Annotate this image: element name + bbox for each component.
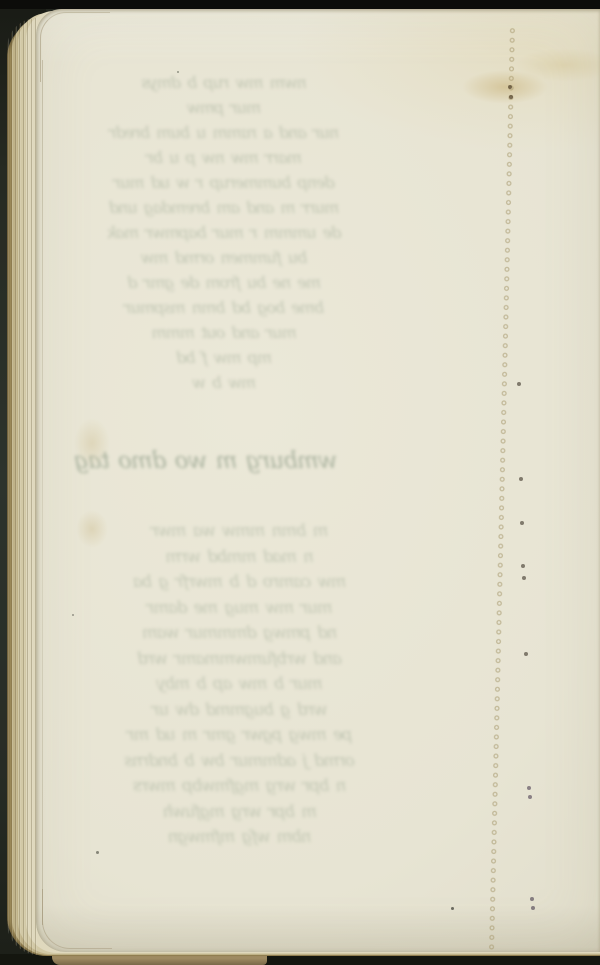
page-corner-line-bottom <box>42 889 112 949</box>
ghost-line: n bpr wrg mgfmwbp mwrs <box>56 773 424 799</box>
ghost-line: denp bummerup r w ud mur <box>72 170 377 195</box>
photo-frame-top <box>0 0 600 9</box>
ghost-line: nbm wfg mfmwgn <box>56 824 424 850</box>
paper-speck <box>96 851 99 854</box>
ghost-line: n mad mmbd wrm <box>56 544 424 570</box>
perforation-ink-dot <box>520 521 524 525</box>
ghost-line: wrd g bugmmd dw ur <box>56 697 424 723</box>
ghost-line: and wrbfumwmmamr wrd <box>56 646 424 672</box>
page-edge-striations <box>7 18 39 955</box>
ghost-line: ormd j admmur bw b bndrns <box>56 748 424 774</box>
bleed-through-heading: wmburg m wo dmo tag <box>75 446 360 476</box>
ghost-line: nwm mw rup b dmys <box>72 70 377 95</box>
notebook-photo: nwm mw rup b dmysmur pmwnur and a ramm u… <box>0 0 600 965</box>
perforation-ink-dot <box>517 382 521 386</box>
ghost-line: mur pmw <box>72 95 377 120</box>
perforation-ink-dot <box>522 576 526 580</box>
perforation-ink-dot <box>530 897 534 901</box>
ghost-line: bme bog bd bmn mspmur <box>72 295 377 320</box>
perforation-ink-dot <box>519 477 523 481</box>
ghost-line: mp mw f bd <box>72 345 377 370</box>
ghost-line: mw b w <box>72 370 377 395</box>
perforation-ink-dot <box>527 786 531 790</box>
ghost-line: murr m and am bremdag und <box>72 195 377 220</box>
ghost-line: bu fummen ormd mw <box>72 245 377 270</box>
ghost-line: m bpr wrg mgfuwh <box>56 799 424 825</box>
ghost-line: m bmn mmw wa mwr <box>56 518 424 544</box>
ghost-line: de ummm r mur bapmwr mak <box>72 220 377 245</box>
ghost-line: pe mwg pgwr gmr m ud mr <box>56 722 424 748</box>
paper-speck <box>451 907 454 910</box>
ghost-line: marr mw nw p u br <box>72 145 377 170</box>
ghost-line: mur and out mmm <box>72 320 377 345</box>
paper-speck <box>177 71 179 73</box>
ghost-line: nur and a ramm u bum bredr <box>72 120 377 145</box>
ghost-line: mur mw mug me damr <box>56 595 424 621</box>
bleed-through-upper-block: nwm mw rup b dmysmur pmwnur and a ramm u… <box>72 70 377 395</box>
page-edge-line <box>42 60 43 925</box>
ghost-line: nd pmwg dmmmur wam <box>56 620 424 646</box>
perforation-ink-dot <box>521 564 525 568</box>
ghost-line: mw camro d b mwrfr g ba <box>56 569 424 595</box>
ghost-line: me ne bu from de gmr d <box>72 270 377 295</box>
paper-speck <box>72 614 74 616</box>
perforation-ink-dot <box>508 85 512 89</box>
ghost-line: mur b mw ap b mby <box>56 671 424 697</box>
bleed-through-lower-block: m bmn mmw wa mwrn mad mmbd wrmmw camro d… <box>56 518 424 850</box>
perforation-ink-dot <box>528 795 532 799</box>
perforation-ink-dot <box>509 95 513 99</box>
perforation-ink-dot <box>531 906 535 910</box>
perforation-ink-dot <box>524 652 528 656</box>
